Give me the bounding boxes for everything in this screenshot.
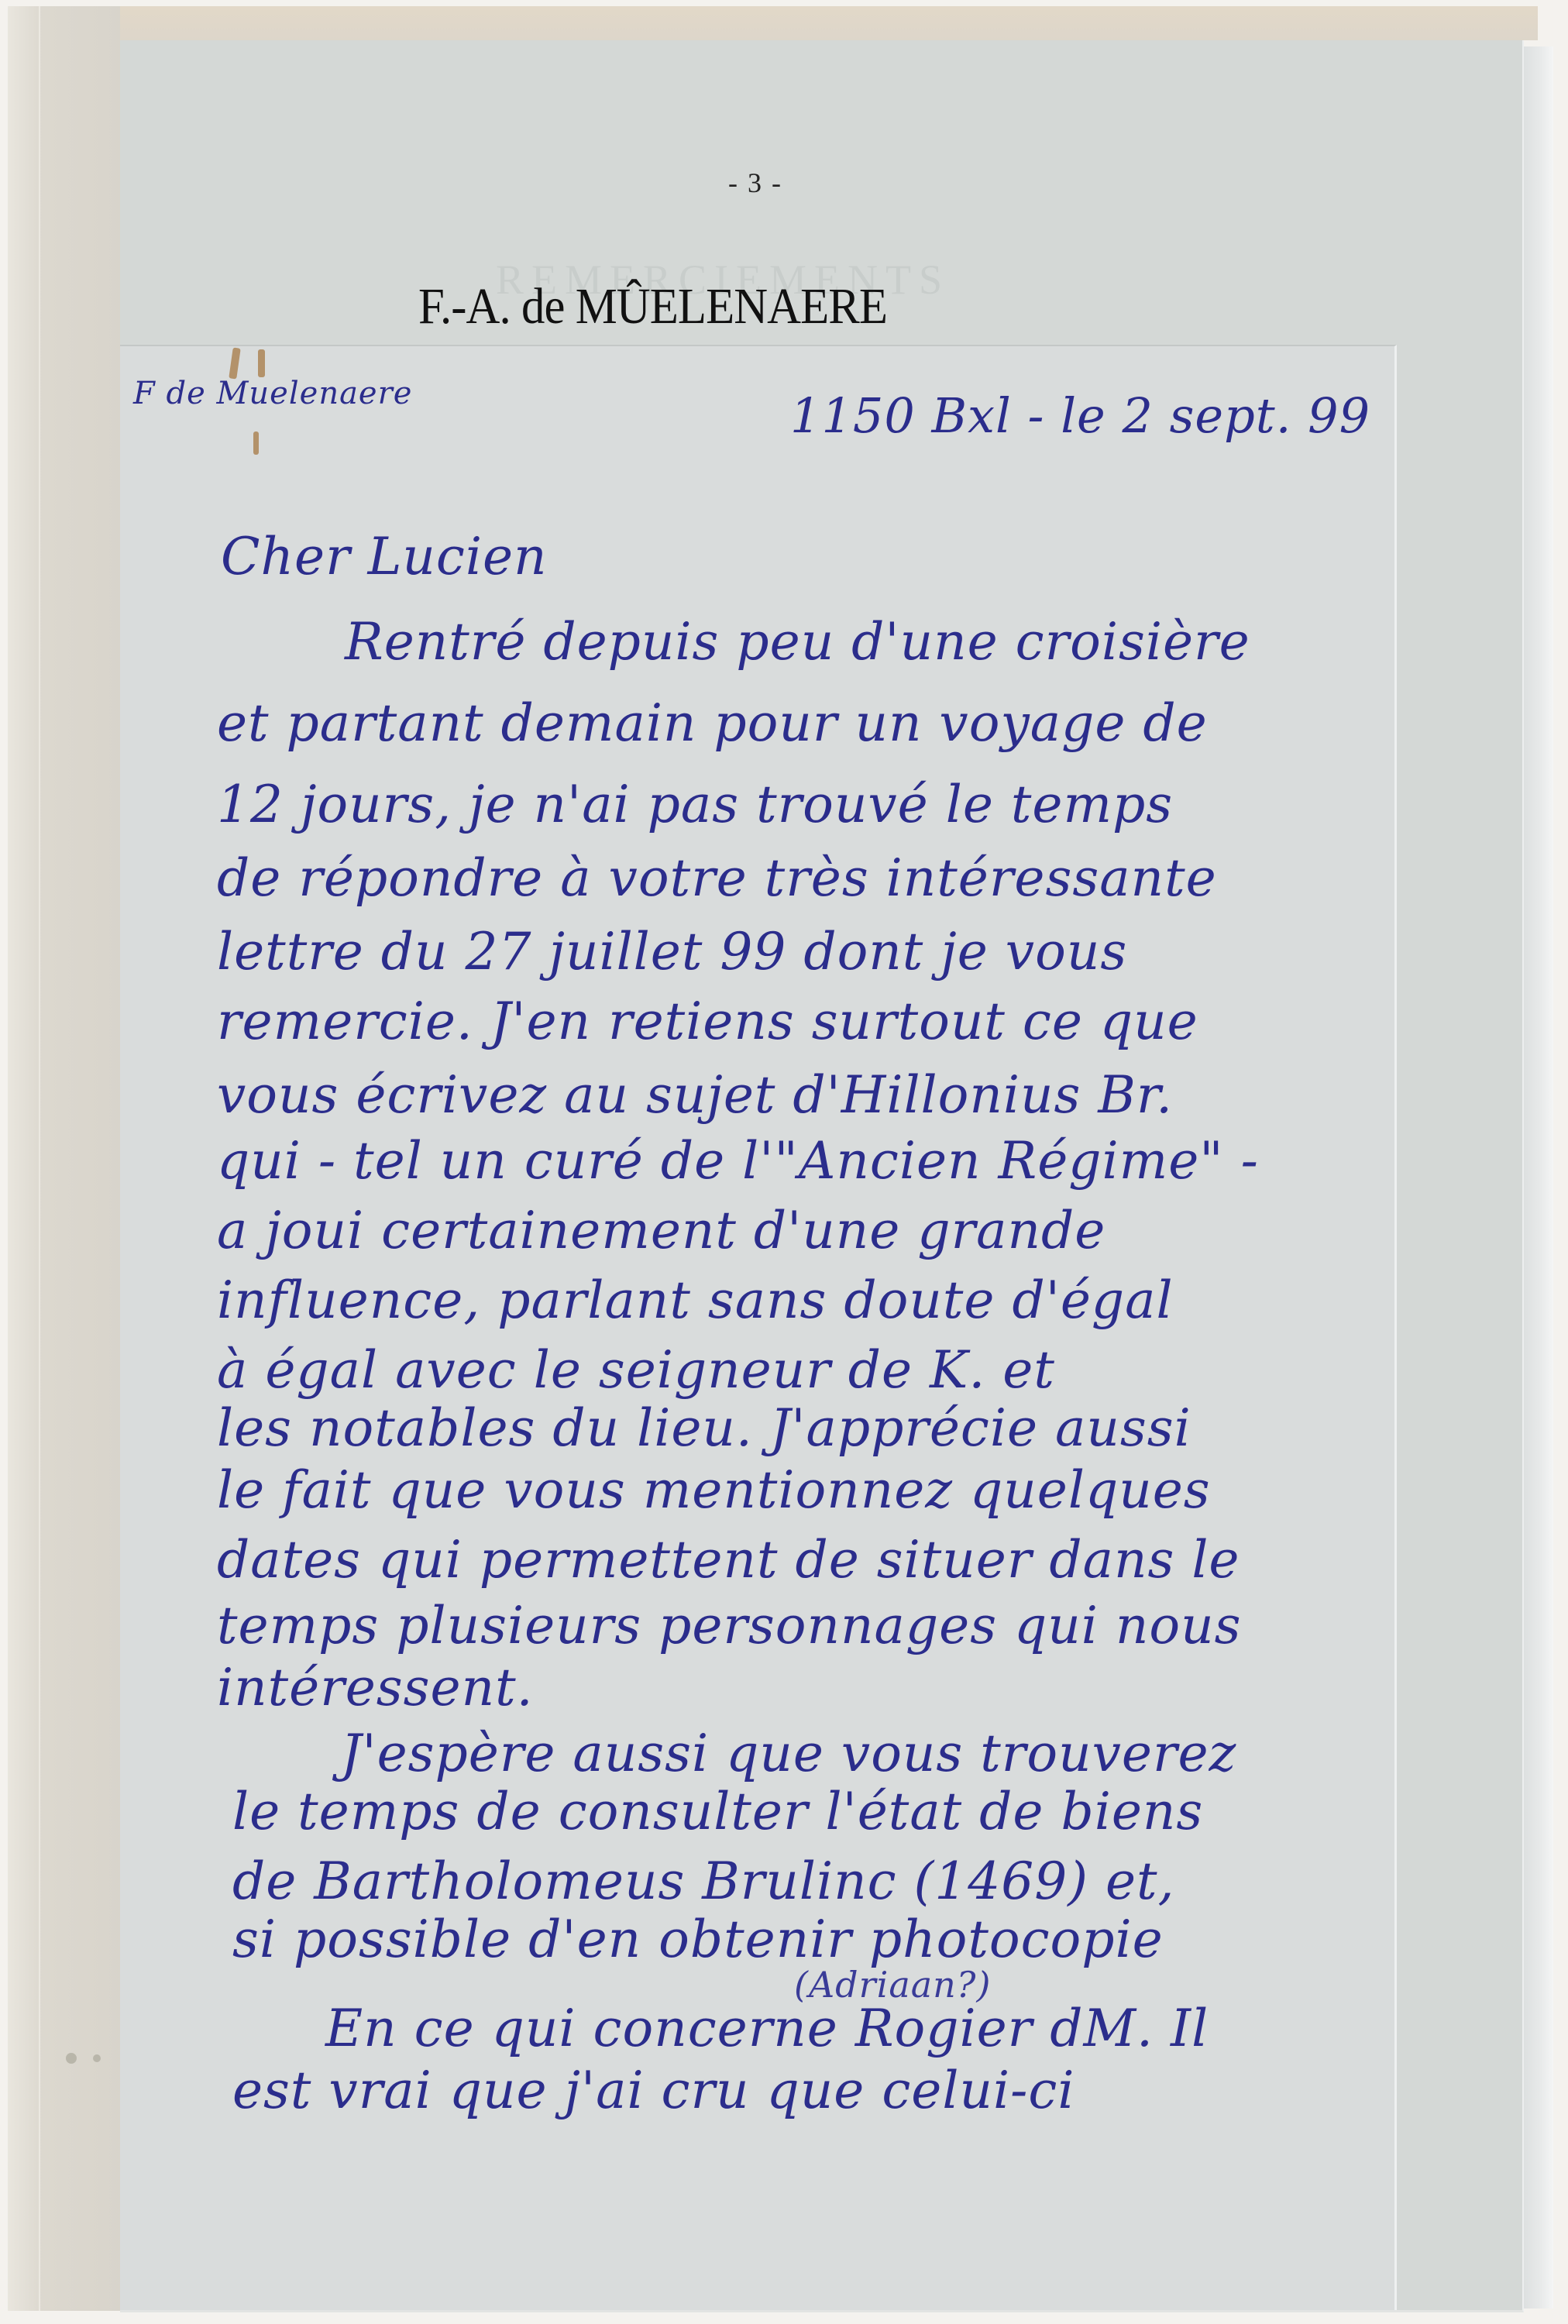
letter-line: influence, parlant sans doute d'égal: [217, 1270, 1174, 1330]
rust-stain: [229, 347, 240, 379]
letter-line: et partant demain pour un voyage de: [217, 693, 1208, 753]
sender-signature: F de Muelenaere: [133, 376, 412, 411]
letter-line: si possible d'en obtenir photocopie: [232, 1910, 1164, 1969]
letter-line: vous écrivez au sujet d'Hillonius Br.: [217, 1065, 1173, 1125]
letter-line: a joui certainement d'une grande: [217, 1201, 1106, 1260]
letter-line: de Bartholomeus Brulinc (1469) et,: [232, 1851, 1175, 1911]
letter-line: le temps de consulter l'état de biens: [232, 1782, 1203, 1841]
letter-line: le fait que vous mentionnez quelques: [217, 1460, 1211, 1520]
rust-stain: [253, 431, 259, 455]
letter-line: qui - tel un curé de l'"Ancien Régime" -: [217, 1131, 1259, 1191]
letter-line: temps plusieurs personnages qui nous: [217, 1596, 1242, 1655]
binder-fold-line: [39, 6, 40, 2311]
letter-line: à égal avec le seigneur de K. et: [217, 1340, 1055, 1400]
page-top-edge: [120, 6, 1538, 40]
letter-line: Rentré depuis peu d'une croisière: [345, 612, 1250, 672]
salutation: Cher Lucien: [221, 527, 548, 586]
binder-hole: [93, 2054, 101, 2062]
page-number: - 3 -: [728, 167, 782, 199]
letter-line: est vrai que j'ai cru que celui-ci: [232, 2061, 1075, 2120]
letter-line: 12 jours, je n'ai pas trouvé le temps: [217, 775, 1173, 834]
binder-hole: [66, 2053, 77, 2064]
letter-line: dates qui permettent de situer dans le: [217, 1530, 1240, 1590]
binder-strip: [8, 6, 126, 2311]
letter-line: intéressent.: [217, 1658, 534, 1717]
rust-stain: [258, 349, 265, 377]
letterhead-name: F.-A. de MÛELENAERE: [418, 277, 887, 336]
page-stack-edge: [1522, 46, 1553, 2309]
letter-line: lettre du 27 juillet 99 dont je vous: [217, 922, 1127, 982]
letter-line: les notables du lieu. J'apprécie aussi: [217, 1398, 1191, 1458]
letter-line: remercie. J'en retiens surtout ce que: [217, 992, 1198, 1051]
place-date: 1150 Bxl - le 2 sept. 99: [790, 387, 1370, 444]
letter-line: de répondre à votre très intéressante: [217, 848, 1217, 908]
letter-line: J'espère aussi que vous trouverez: [341, 1724, 1236, 1783]
letter-line: En ce qui concerne Rogier dM. Il: [325, 1999, 1209, 2058]
